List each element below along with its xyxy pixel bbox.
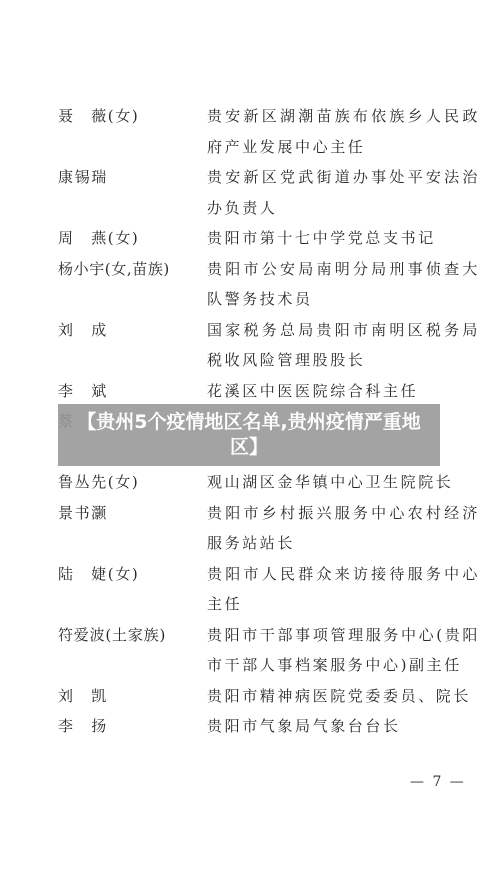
list-item: 周 燕(女) 贵阳市第十七中学党总支书记	[58, 223, 480, 254]
person-name: 康锡瑞	[58, 162, 207, 193]
document-page: 聂 薇(女) 贵安新区湖潮苗族布依族乡人民政府产业发展中心主任 康锡瑞 贵安新区…	[0, 0, 500, 872]
person-position: 贵安新区湖潮苗族布依族乡人民政府产业发展中心主任	[207, 101, 480, 162]
list-item: 李 斌 花溪区中医医院综合科主任	[58, 376, 480, 407]
person-position: 观山湖区金华镇中心卫生院院长	[207, 467, 480, 498]
person-name: 陆 婕(女)	[58, 559, 207, 590]
person-name: 周 燕(女)	[58, 223, 207, 254]
person-position: 贵阳市公安局南明分局刑事侦查大队警务技术员	[207, 254, 480, 315]
person-position: 贵阳市第十七中学党总支书记	[207, 223, 480, 254]
person-name: 景书灏	[58, 498, 207, 529]
person-position: 贵阳市气象局气象台台长	[207, 711, 480, 742]
person-name: 李 斌	[58, 376, 207, 407]
list-item: 鲁丛先(女) 观山湖区金华镇中心卫生院院长	[58, 467, 480, 498]
list-item: 景书灏 贵阳市乡村振兴服务中心农村经济服务站站长	[58, 498, 480, 559]
person-name: 聂 薇(女)	[58, 101, 207, 132]
person-name: 鲁丛先(女)	[58, 467, 207, 498]
person-position: 贵阳市干部事项管理服务中心(贵阳市干部人事档案服务中心)副主任	[207, 620, 480, 681]
list-item: 刘 成 国家税务总局贵阳市南明区税务局税收风险管理股股长	[58, 315, 480, 376]
person-name: 李 扬	[58, 711, 207, 742]
list-item: 聂 薇(女) 贵安新区湖潮苗族布依族乡人民政府产业发展中心主任	[58, 101, 480, 162]
person-position: 贵阳市精神病医院党委委员、院长	[207, 681, 480, 712]
overlay-title: 【贵州5个疫情地区名单,贵州疫情严重地区】	[69, 410, 429, 460]
list-item: 李 扬 贵阳市气象局气象台台长	[58, 711, 480, 742]
list-item: 刘 凯 贵阳市精神病医院党委委员、院长	[58, 681, 480, 712]
list-item: 陆 婕(女) 贵阳市人民群众来访接待服务中心主任	[58, 559, 480, 620]
person-position: 国家税务总局贵阳市南明区税务局税收风险管理股股长	[207, 315, 480, 376]
person-position: 贵阳市人民群众来访接待服务中心主任	[207, 559, 480, 620]
list-item: 康锡瑞 贵安新区党武街道办事处平安法治办负责人	[58, 162, 480, 223]
person-position: 贵安新区党武街道办事处平安法治办负责人	[207, 162, 480, 223]
person-name: 刘 凯	[58, 681, 207, 712]
person-name: 符爱波(土家族)	[58, 620, 207, 651]
person-position: 花溪区中医医院综合科主任	[207, 376, 480, 407]
title-overlay-banner: 【贵州5个疫情地区名单,贵州疫情严重地区】	[58, 404, 440, 466]
person-name: 刘 成	[58, 315, 207, 346]
list-item: 符爱波(土家族) 贵阳市干部事项管理服务中心(贵阳市干部人事档案服务中心)副主任	[58, 620, 480, 681]
person-position: 贵阳市乡村振兴服务中心农村经济服务站站长	[207, 498, 480, 559]
list-item: 杨小宇(女,苗族) 贵阳市公安局南明分局刑事侦查大队警务技术员	[58, 254, 480, 315]
person-name: 杨小宇(女,苗族)	[58, 254, 207, 285]
page-number: — 7 —	[410, 774, 466, 790]
